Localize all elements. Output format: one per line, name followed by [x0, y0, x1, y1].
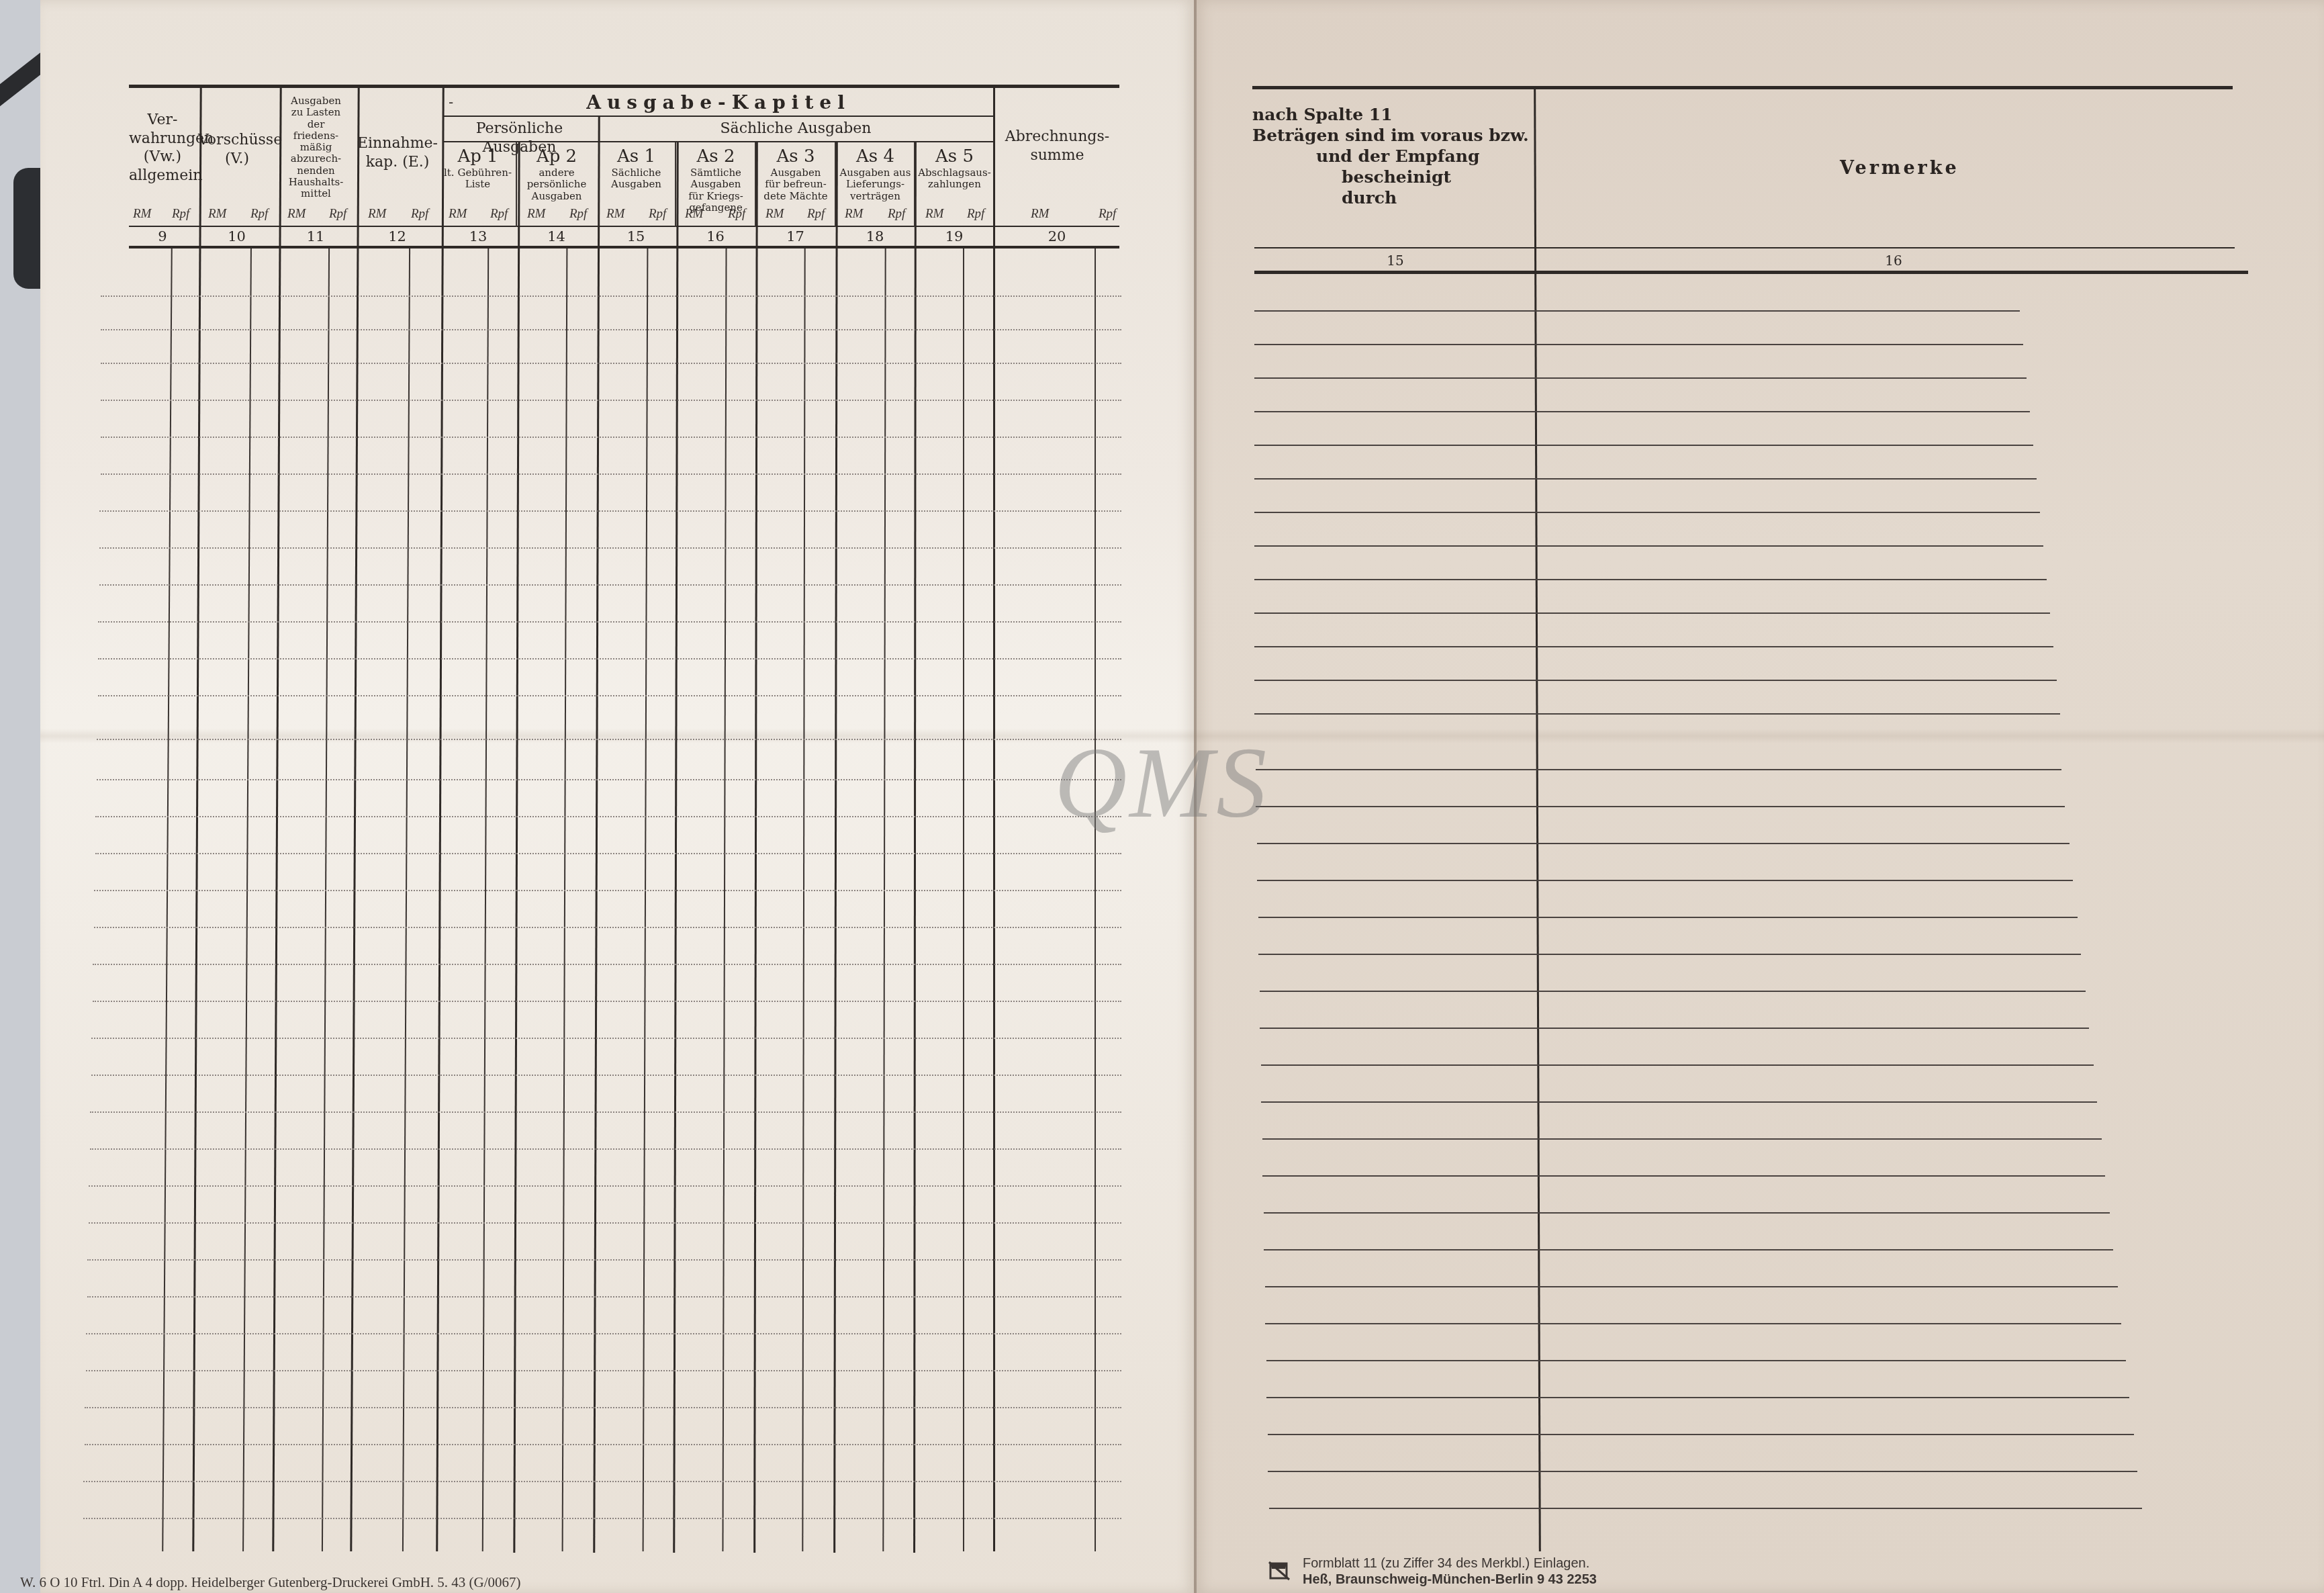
vermerke-header: Vermerke — [1840, 158, 1959, 179]
ruled-line — [1254, 680, 2057, 681]
ruled-line — [1269, 1508, 2142, 1509]
unit-rpf: Rpf — [807, 207, 825, 222]
header-line: Beträgen sind im voraus bzw. — [1252, 125, 1529, 146]
row-guide — [89, 1222, 1121, 1224]
unit-rm: RM — [208, 207, 226, 222]
row-guide — [94, 927, 1121, 928]
unit-rpf: Rpf — [569, 207, 587, 222]
unit-rm: RM — [1031, 207, 1049, 222]
ruled-line — [1256, 806, 2065, 807]
unit-rpf: Rpf — [329, 207, 346, 222]
header-line: Lieferungs- — [837, 179, 914, 190]
col12-header: Einnahme- kap. (E.) — [356, 134, 439, 171]
row-guide — [94, 890, 1121, 891]
ruled-line — [1256, 769, 2061, 770]
saechliche-ausgaben-label: Sächliche Ausgaben — [598, 120, 994, 138]
col11-header: Ausgaben zu Lasten der friedens- mäßig a… — [278, 95, 354, 199]
header-line: wahrungen — [129, 130, 196, 148]
unit-rpf: Rpf — [967, 207, 984, 222]
ruled-line — [1254, 310, 2020, 312]
header-line: der — [278, 119, 354, 130]
row-guide — [99, 584, 1121, 586]
row-guide — [101, 363, 1121, 364]
row-guide — [95, 816, 1121, 817]
col16-header: As 2 Sämtliche Ausgaben für Kriegs- gefa… — [677, 146, 755, 214]
unit-rpf: Rpf — [888, 207, 905, 222]
ruled-line — [1254, 445, 2033, 446]
unit-rm: RM — [368, 207, 386, 222]
row-guide — [99, 547, 1121, 549]
col20-header: Abrechnungs- summe — [995, 128, 1119, 165]
ruled-line — [1254, 646, 2053, 647]
header-line: Ausgaben — [677, 179, 755, 190]
row-guide — [89, 1185, 1121, 1187]
column-number: 14 — [517, 228, 596, 244]
header-line: Ausgaben — [598, 179, 675, 190]
row-guide — [98, 695, 1121, 696]
row-guide — [83, 1518, 1121, 1519]
group-title-rule — [443, 116, 994, 117]
col10-header: Vorschüsse (V.) — [198, 131, 276, 168]
ruled-line — [1254, 344, 2023, 345]
row-guide — [98, 658, 1121, 659]
header-line: Sämtliche — [677, 167, 755, 179]
form-number-line: Formblatt 11 (zu Ziffer 34 des Merkbl.) … — [1303, 1555, 1597, 1572]
header-line: Ausgaben — [757, 167, 835, 179]
ruled-line — [1257, 880, 2073, 881]
header-line: Liste — [440, 179, 516, 190]
col15-header: nach Spalte 11 Beträgen sind im voraus b… — [1252, 104, 1529, 208]
column-number: 19 — [915, 228, 993, 244]
number-row-rule — [129, 246, 1119, 248]
unit-rm: RM — [685, 207, 703, 222]
row-guide — [85, 1444, 1121, 1445]
ruled-line — [1265, 1323, 2121, 1324]
column-number: 15 — [597, 228, 675, 244]
header-bottom-rule — [129, 226, 1119, 227]
column-number: 20 — [994, 228, 1119, 244]
header-line: Einnahme- — [356, 134, 439, 153]
unit-rpf: Rpf — [1099, 207, 1116, 222]
row-guide — [99, 510, 1121, 512]
unit-rpf: Rpf — [172, 207, 189, 222]
ruled-line — [1254, 612, 2050, 614]
column-number: 10 — [197, 228, 276, 244]
row-guide — [90, 1148, 1121, 1150]
header-line: und der Empfang — [1252, 146, 1529, 167]
unit-rm: RM — [287, 207, 306, 222]
header-line: summe — [995, 146, 1119, 165]
column-number: 12 — [355, 228, 439, 244]
header-line: lt. Gebühren- — [440, 167, 516, 179]
form-imprint: Formblatt 11 (zu Ziffer 34 des Merkbl.) … — [1303, 1555, 1597, 1588]
ruled-line — [1257, 843, 2070, 844]
row-guide — [87, 1259, 1121, 1261]
header-line: (Vw.) — [129, 148, 196, 167]
unit-rpf: Rpf — [649, 207, 666, 222]
header-line: dete Mächte — [757, 191, 835, 202]
column-code: Ap 2 — [518, 146, 596, 167]
ausgabe-kapitel-title: Ausgabe-Kapitel — [443, 91, 994, 114]
header-line: kap. (E.) — [356, 153, 439, 172]
ruled-line — [1264, 1249, 2113, 1250]
header-line: Abrechnungs- — [995, 128, 1119, 146]
header-line: Abschlagsaus- — [916, 167, 993, 179]
ruled-line — [1261, 1064, 2094, 1066]
unit-rm: RM — [765, 207, 784, 222]
column-code: Ap 1 — [440, 146, 516, 167]
number-row-rule — [1254, 271, 2248, 274]
ruled-line — [1254, 478, 2037, 480]
header-line: zahlungen — [916, 179, 993, 190]
table-top-rule — [129, 85, 1119, 88]
column-number: 18 — [836, 228, 914, 244]
row-guide — [86, 1370, 1121, 1371]
header-line: Vorschüsse — [198, 131, 276, 150]
unit-rpf: Rpf — [728, 207, 745, 222]
header-line: allgemein — [129, 167, 196, 185]
row-guide — [86, 1333, 1121, 1334]
right-page — [1194, 0, 2324, 1593]
row-guide — [101, 473, 1121, 475]
ruled-line — [1268, 1434, 2134, 1435]
header-line: Ausgaben aus — [837, 167, 914, 179]
header-line: Haushalts- — [278, 177, 354, 188]
header-line: Sächliche — [598, 167, 675, 179]
ruled-line — [1260, 991, 2086, 992]
unit-rm: RM — [527, 207, 545, 222]
ruled-line — [1254, 545, 2043, 547]
row-guide — [97, 739, 1121, 740]
ruled-line — [1266, 1397, 2129, 1398]
header-line: abzurech- — [278, 153, 354, 165]
header-bottom-rule — [1254, 247, 2235, 248]
unit-rm: RM — [449, 207, 467, 222]
rpf-divider — [1095, 248, 1096, 1551]
col17-header: As 3 Ausgaben für befreun- dete Mächte — [757, 146, 835, 202]
column-number: 16 — [1538, 253, 2249, 269]
header-line: Ausgaben — [278, 95, 354, 107]
header-divider — [914, 142, 915, 227]
header-line: zu Lasten — [278, 107, 354, 118]
col18-header: As 4 Ausgaben aus Lieferungs- verträgen — [837, 146, 914, 202]
unit-rpf: Rpf — [411, 207, 428, 222]
row-guide — [91, 1038, 1121, 1039]
header-line: mäßig — [278, 142, 354, 153]
col15-header: As 1 Sächliche Ausgaben — [598, 146, 675, 191]
publisher-line: Heß, Braunschweig-München-Berlin 9 43 22… — [1303, 1572, 1597, 1588]
unit-rm: RM — [845, 207, 863, 222]
col14-header: Ap 2 andere persönliche Ausgaben — [518, 146, 596, 202]
ruled-line — [1266, 1360, 2126, 1361]
col19-header: As 5 Abschlagsaus- zahlungen — [916, 146, 993, 191]
column-number: 16 — [676, 228, 755, 244]
column-number: 13 — [440, 228, 516, 244]
header-line: durch — [1252, 187, 1529, 208]
row-guide — [98, 621, 1121, 623]
publisher-logo-icon — [1268, 1559, 1291, 1582]
ruled-line — [1254, 579, 2047, 580]
ruled-line — [1268, 1471, 2137, 1472]
row-guide — [91, 1075, 1121, 1076]
column-code: As 4 — [837, 146, 914, 167]
column-code: As 3 — [757, 146, 835, 167]
header-line: bescheinigt — [1252, 167, 1529, 187]
row-guide — [93, 964, 1121, 965]
unit-rpf: Rpf — [490, 207, 508, 222]
column-number: 9 — [129, 228, 196, 244]
unit-rm: RM — [606, 207, 624, 222]
unit-rm: RM — [925, 207, 943, 222]
row-guide — [85, 1407, 1121, 1408]
ruled-line — [1254, 713, 2060, 715]
header-line: (V.) — [198, 150, 276, 169]
col13-header: Ap 1 lt. Gebühren- Liste — [440, 146, 516, 191]
header-line: für Kriegs- — [677, 191, 755, 202]
header-line: friedens- — [278, 130, 354, 142]
col9-header: Ver- wahrungen (Vw.) allgemein — [129, 111, 196, 185]
column-number: 11 — [277, 228, 354, 244]
ruled-line — [1254, 411, 2030, 412]
row-guide — [101, 295, 1121, 297]
ruled-line — [1254, 377, 2027, 379]
header-divider — [516, 142, 517, 227]
header-divider — [675, 142, 676, 227]
column-code: As 1 — [598, 146, 675, 167]
col-divider — [993, 87, 995, 1551]
row-guide — [101, 437, 1121, 438]
row-guide — [93, 1001, 1121, 1002]
qms-watermark: QMS — [1054, 725, 1269, 841]
header-line: persönliche — [518, 179, 596, 190]
printer-imprint: W. 6 O 10 Ftrl. Din A 4 dopp. Heidelberg… — [20, 1574, 521, 1591]
table-top-rule — [1252, 86, 2233, 89]
header-line: Ausgaben — [518, 191, 596, 202]
column-code: As 5 — [916, 146, 993, 167]
header-line: nach Spalte 11 — [1252, 104, 1529, 125]
rpf-divider — [963, 248, 964, 1551]
fold-crease — [1194, 729, 2324, 743]
column-number: 15 — [1254, 253, 1536, 269]
ruled-line — [1264, 1212, 2110, 1214]
column-code: As 2 — [677, 146, 755, 167]
row-guide — [101, 329, 1121, 330]
header-divider — [755, 142, 756, 227]
ruled-line — [1260, 1028, 2089, 1029]
header-line: verträgen — [837, 191, 914, 202]
column-number: 17 — [756, 228, 835, 244]
header-line: Ver- — [129, 111, 196, 130]
ruled-line — [1261, 1101, 2097, 1103]
ruled-line — [1258, 917, 2078, 918]
header-line: andere — [518, 167, 596, 179]
row-guide — [90, 1111, 1121, 1113]
ruled-line — [1262, 1175, 2105, 1177]
header-line: mittel — [278, 188, 354, 199]
ruled-line — [1265, 1286, 2118, 1287]
row-guide — [95, 853, 1121, 854]
row-guide — [83, 1481, 1121, 1482]
header-line: für befreun- — [757, 179, 835, 190]
fold-crease — [40, 729, 1194, 743]
header-divider — [835, 142, 836, 227]
header-line: nenden — [278, 165, 354, 177]
ruled-line — [1258, 954, 2081, 955]
unit-rpf: Rpf — [250, 207, 268, 222]
ruled-line — [1254, 512, 2040, 513]
row-guide — [97, 779, 1121, 780]
row-guide — [101, 400, 1121, 401]
row-guide — [87, 1296, 1121, 1298]
ruled-line — [1262, 1138, 2102, 1140]
unit-rm: RM — [133, 207, 151, 222]
